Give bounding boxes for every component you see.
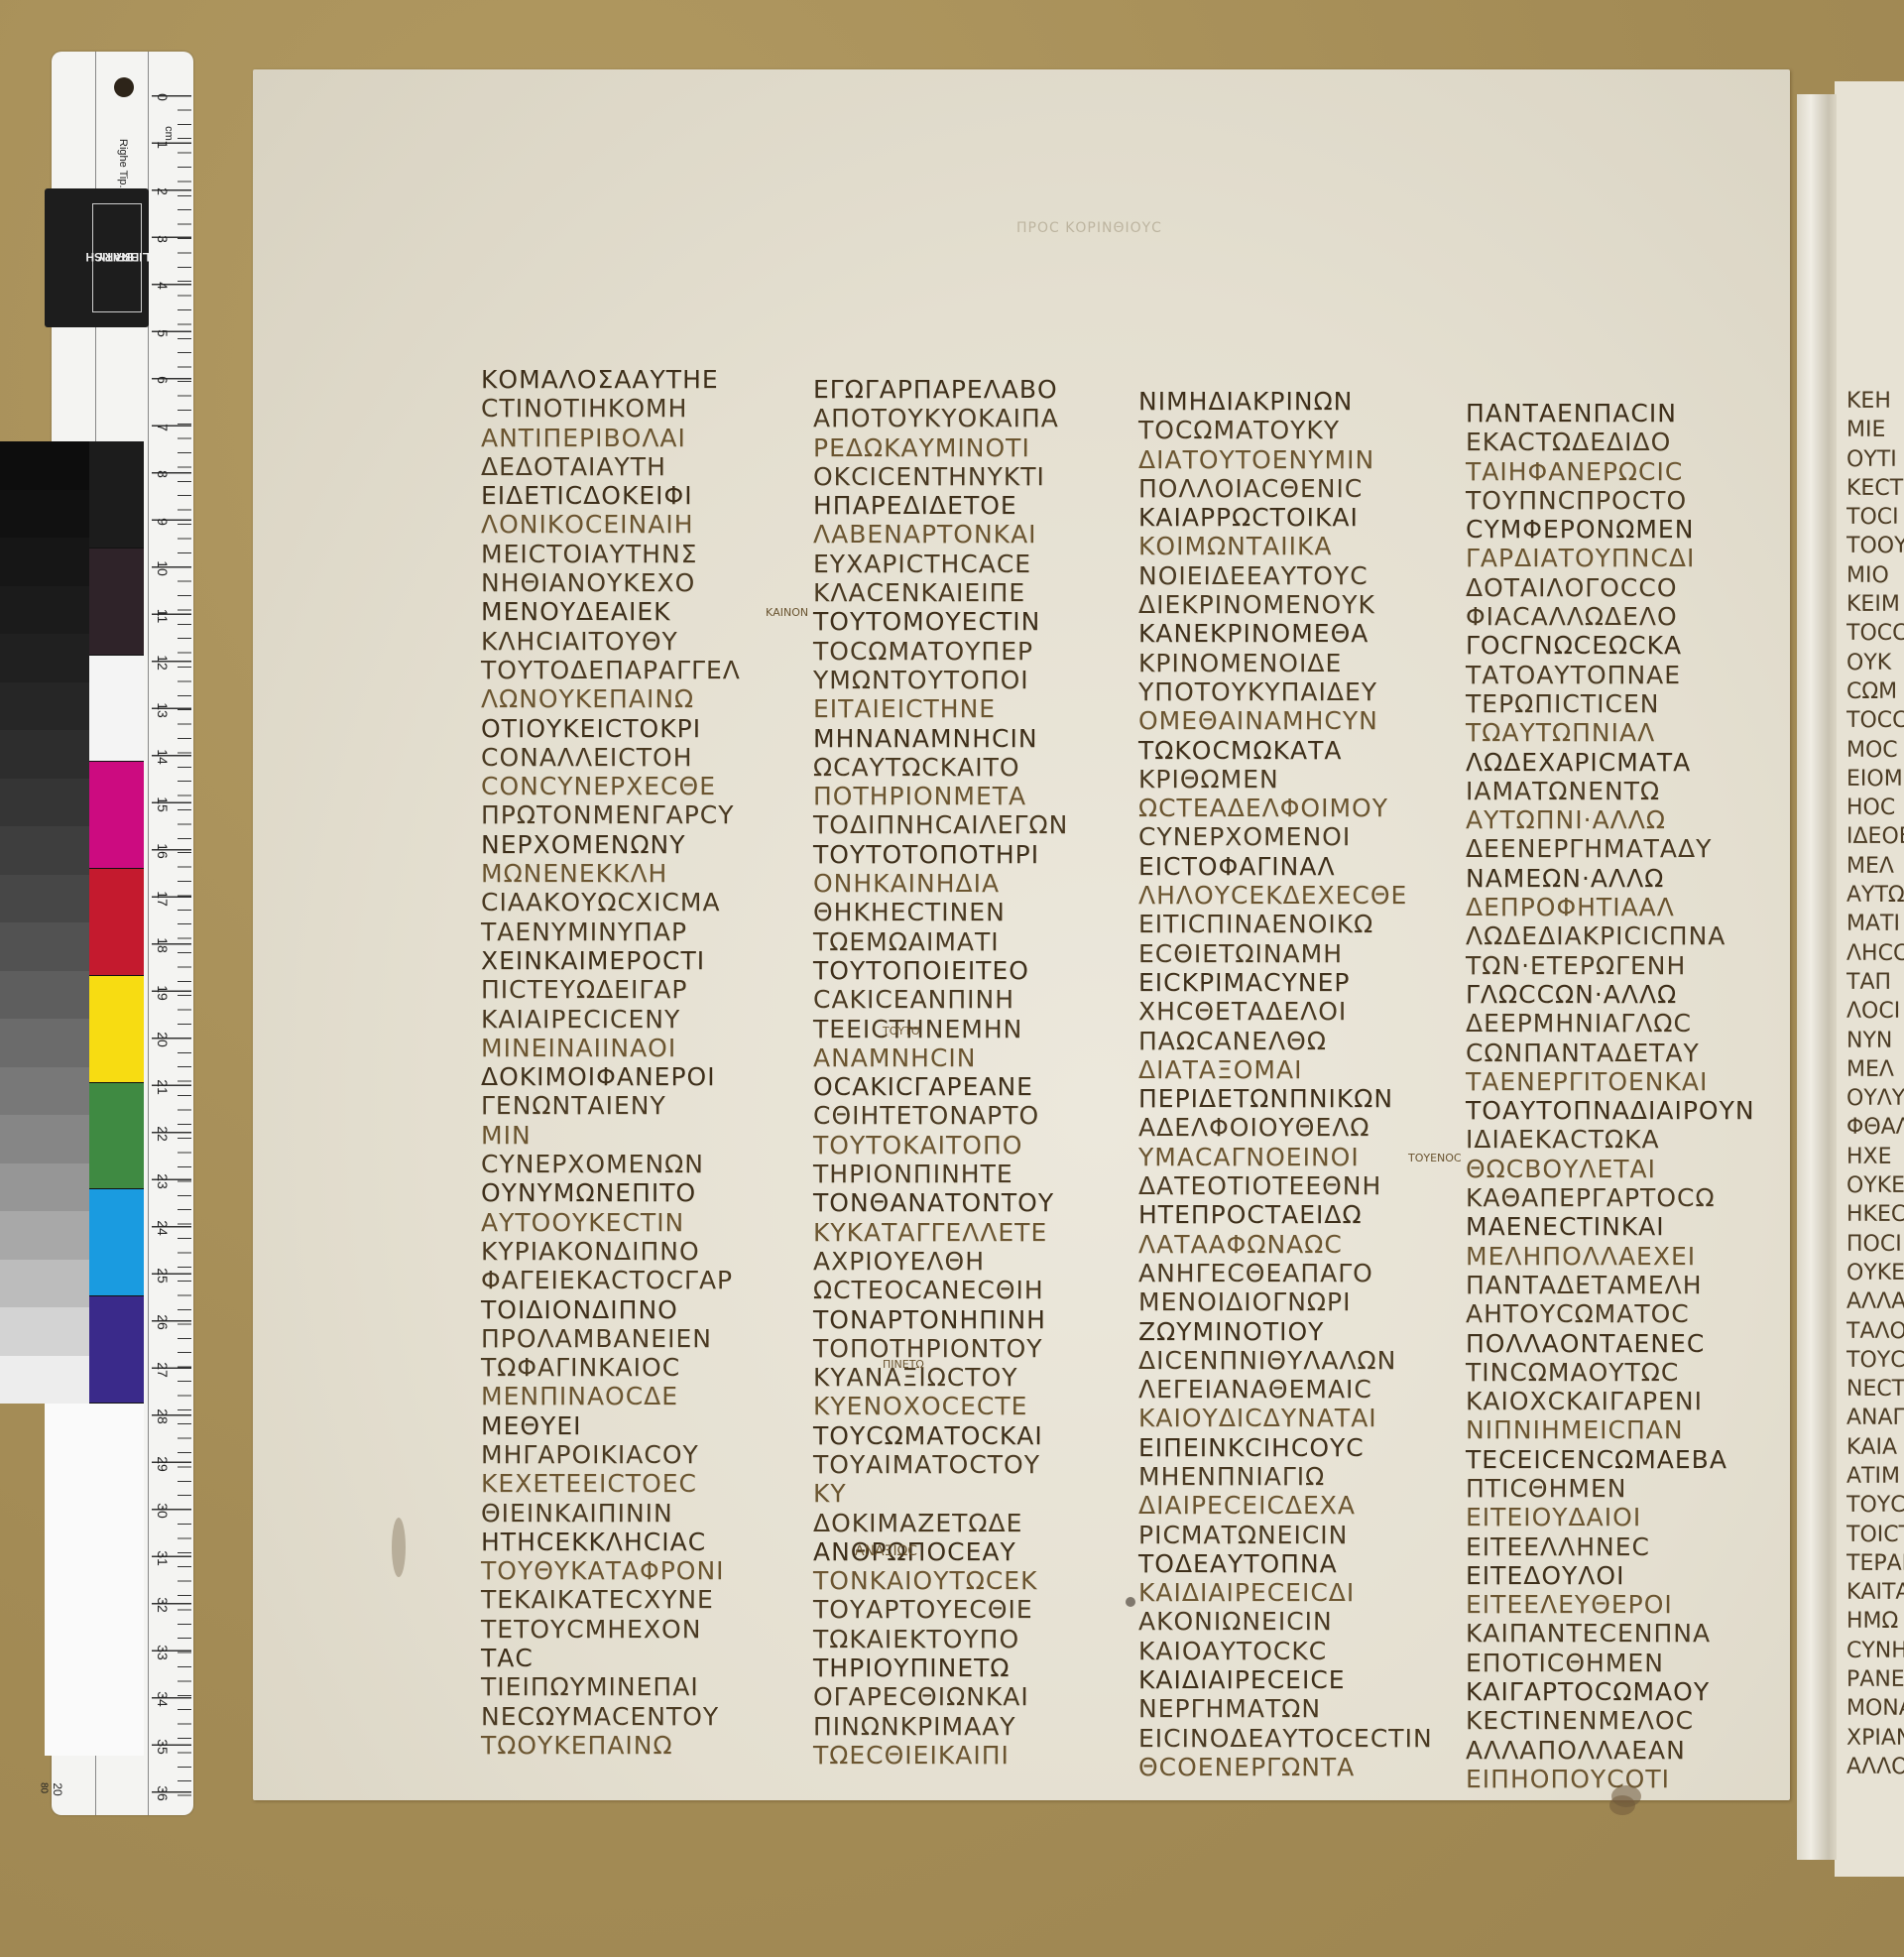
manuscript-line: ΚΑΝΕΚΡΙΝΟΜΕΘΑ <box>1138 619 1433 648</box>
manuscript-line: ΕΙΤΙCΠΙΝΑΕΝΟΙΚΩ <box>1138 910 1433 938</box>
manuscript-line: ΑΠΟΤΟΥΚΥΟΚΑΙΠΑ <box>813 404 1068 432</box>
color-patch <box>89 549 144 656</box>
manuscript-line: ΚΟΙΜΩΝΤΑΙΙΚΑ <box>1138 532 1433 560</box>
manuscript-line: ΑΝΤΙΠΕΡΙΒΟΛΑΙ <box>481 424 741 452</box>
manuscript-line: ΚΑΙΟΧCΚΑΙΓΑΡΕΝΙ <box>1466 1387 1755 1415</box>
grey-step <box>0 1067 89 1116</box>
manuscript-line: ΤΩΟΥΚΕΠΑΙΝΩ <box>481 1731 741 1760</box>
manuscript-line: ΟΚCΙCΕΝΤΗΝΥΚΤΙ <box>813 462 1068 491</box>
margin-note-col2-bottom: ΑΝΑΞΙΩC <box>855 1545 917 1557</box>
manuscript-line: ΤΩΝ·ΕΤΕΡΩΓΕΝΗ <box>1466 951 1755 980</box>
manuscript-line: ΚΑΙΑΙΡΕCΙCΕΝΥ <box>481 1005 741 1034</box>
manuscript-line: ΕΥΧΑΡΙCΤΗCΑCΕ <box>813 550 1068 578</box>
manuscript-line: ΘΗΚΗΕCΤΙΝΕΝ <box>813 898 1068 926</box>
manuscript-line: ΔΟΚΙΜΑΖΕΤΩΔΕ <box>813 1509 1068 1537</box>
manuscript-line: ΑΧΡΙΟΥΕΛΘΗ <box>813 1247 1068 1276</box>
facing-page-line: ΜΟΝΑ <box>1846 1694 1904 1723</box>
manuscript-line: ΑΚΟΝΙΩΝΕΙCΙΝ <box>1138 1607 1433 1636</box>
manuscript-line: ΤΩΚΟCΜΩΚΑΤΑ <box>1138 736 1433 765</box>
ruler-cm-label: 24 <box>155 1218 171 1238</box>
manuscript-line: ΘΙΕΙΝΚΑΙΠΙΝΙΝ <box>481 1499 741 1528</box>
manuscript-line: ΕΙCΙΝΟΔΕΑΥΤΟCΕCΤΙΝ <box>1138 1724 1433 1753</box>
manuscript-line: ΕΙΤΕΔΟΥΛΟΙ <box>1466 1561 1755 1590</box>
manuscript-line: CΤΙΝΟΤΙΗΚΟΜΗ <box>481 394 741 423</box>
facing-page-line: ΚΑΙΤΑ <box>1846 1578 1904 1607</box>
color-patch <box>89 1083 144 1190</box>
ruler-cm-label: 1 <box>155 135 171 155</box>
facing-page-line: ΝΥΝ <box>1846 1027 1904 1055</box>
ruler-cm-label: 20 <box>155 1030 171 1049</box>
facing-page-line: ΧΡΙΑΝ <box>1846 1724 1904 1753</box>
manuscript-line: ΚΡΙΝΟΜΕΝΟΙΔΕ <box>1138 649 1433 677</box>
facing-page-line: ΑΛΛΑΠ <box>1846 1287 1904 1316</box>
grey-step <box>0 826 89 875</box>
manuscript-line: ΠΙCΤΕΥΩΔΕΙΓΑΡ <box>481 975 741 1004</box>
manuscript-line: ΝΙΜΗΔΙΑΚΡΙΝΩΝ <box>1138 387 1433 416</box>
manuscript-line: ΤΩΚΑΙΕΚΤΟΥΠΟ <box>813 1625 1068 1653</box>
manuscript-line: ΤΟΔΕΑΥΤΟΠΝΑ <box>1138 1549 1433 1578</box>
ruler-cm-label: 17 <box>155 889 171 909</box>
manuscript-line: CΥΝΕΡΧΟΜΕΝΟΙ <box>1138 822 1433 851</box>
manuscript-line: ΛΟΝΙΚΟCΕΙΝΑΙΗ <box>481 510 741 539</box>
manuscript-line: ΤΟΥΤΟΜΟΥΕCΤΙΝ <box>813 607 1068 636</box>
manuscript-line: ΠΤΙCΘΗΜΕΝ <box>1466 1474 1755 1503</box>
manuscript-line: ΠΟΤΗΡΙΟΝΜΕΤΑ <box>813 782 1068 810</box>
manuscript-line: ΚΥΑΝΑΞΙΩCΤΟΥ <box>813 1363 1068 1392</box>
manuscript-line: ΝΕΡΧΟΜΕΝΩΝΥ <box>481 830 741 859</box>
manuscript-line: ΤΟΥΠΝCΠΡΟCΤΟ <box>1466 486 1755 515</box>
grey-step <box>0 1019 89 1067</box>
manuscript-line: ΚΑΙΟΥΔΙCΔΥΝΑΤΑΙ <box>1138 1404 1433 1432</box>
color-patch <box>89 762 144 869</box>
ruler-cm-label: 4 <box>155 276 171 296</box>
manuscript-line: ΕCΘΙΕΤΩΙΝΑΜΗ <box>1138 939 1433 968</box>
manuscript-line: ΤΟΥΤΟΔΕΠΑΡΑΓΓΕΛ <box>481 656 741 684</box>
ruler-bottom-mark: 20 <box>51 1779 64 1799</box>
facing-page-line: CΩΜ <box>1846 677 1904 706</box>
ruler-cm-label: 15 <box>155 795 171 814</box>
manuscript-line: CΟΝCΥΝΕΡΧΕCΘΕ <box>481 772 741 800</box>
grey-step <box>0 441 89 490</box>
manuscript-line: ΕΙΤΕΙΟΥΔΑΙΟΙ <box>1466 1503 1755 1531</box>
manuscript-line: ΤΑC <box>481 1644 741 1672</box>
manuscript-line: ΠΙΝΩΝΚΡΙΜΑΑΥ <box>813 1712 1068 1741</box>
manuscript-line: ΤΗΡΙΟΥΠΙΝΕΤΩ <box>813 1653 1068 1682</box>
facing-page-line: ΦΘΑΛ <box>1846 1113 1904 1142</box>
color-patch <box>89 869 144 976</box>
color-patch <box>89 1189 144 1296</box>
manuscript-line: ΤΩΕCΘΙΕΙΚΑΙΠΙ <box>813 1741 1068 1770</box>
manuscript-line: ΠΟΛΛΟΙΑCΘΕΝΙC <box>1138 474 1433 503</box>
facing-page-line: ΕΙΟΜ <box>1846 765 1904 794</box>
facing-page-line: ΗΚΕC <box>1846 1200 1904 1229</box>
facing-page-line: ΤΟCC <box>1846 706 1904 735</box>
manuscript-line: ΚΑΙΑΡΡΩCΤΟΙΚΑΙ <box>1138 503 1433 532</box>
facing-page-line: ΟΥΚΕ <box>1846 1171 1904 1200</box>
ruler-cm-label: 2 <box>155 182 171 201</box>
grey-step <box>0 1163 89 1212</box>
manuscript-line: ΤΟΝΘΑΝΑΤΟΝΤΟΥ <box>813 1188 1068 1217</box>
manuscript-line: ΚΕCΤΙΝΕΝΜΕΛΟC <box>1466 1706 1755 1735</box>
ruler-cm-label: 30 <box>155 1501 171 1521</box>
manuscript-line: ΟΥΝΥΜΩΝΕΠΙΤΟ <box>481 1178 741 1207</box>
facing-page-line: ΜΕΛ <box>1846 852 1904 881</box>
facing-page-line: CΥΝΗ <box>1846 1637 1904 1665</box>
facing-page-line: ΜΑΤΙ <box>1846 910 1904 938</box>
facing-page-line: ΟΥΤΙ <box>1846 445 1904 474</box>
grey-step <box>0 490 89 539</box>
margin-note-col3: ΤΟΥΕΝΟC <box>1408 1153 1462 1164</box>
ink-stain <box>392 1518 406 1577</box>
manuscript-line: ΟCΑΚΙCΓΑΡΕΑΝΕ <box>813 1072 1068 1101</box>
manuscript-line: ΤΟΥΤΟΠΟΙΕΙΤΕΟ <box>813 956 1068 985</box>
manuscript-line: ΗΤΕΠΡΟCΤΑΕΙΔΩ <box>1138 1200 1433 1229</box>
manuscript-line: ΓΕΝΩΝΤΑΙΕΝΥ <box>481 1091 741 1120</box>
manuscript-line: ΚΛΗCΙΑΙΤΟΥΘΥ <box>481 627 741 656</box>
manuscript-line: ΜΙΝ <box>481 1121 741 1150</box>
manuscript-line: ΚΑΙΓΑΡΤΟCΩΜΑΟΥ <box>1466 1677 1755 1706</box>
manuscript-line: ΙΑΜΑΤΩΝΕΝΤΩ <box>1466 777 1755 805</box>
ruler-cm-label: 18 <box>155 935 171 955</box>
ruler-cm-label: 12 <box>155 653 171 673</box>
ruler-cm-label: 28 <box>155 1407 171 1426</box>
manuscript-line: ΕΙΠΗΟΠΟΥCΟΤΙ <box>1466 1765 1755 1793</box>
facing-page-line: ΑΥΤΩ <box>1846 881 1904 910</box>
ink-speck <box>1126 1597 1135 1607</box>
ruler-cm-label: 3 <box>155 229 171 249</box>
manuscript-line: ΥΜΩΝΤΟΥΤΟΠΟΙ <box>813 666 1068 694</box>
manuscript-line: ΡΕΔΩΚΑΥΜΙΝΟΤΙ <box>813 433 1068 462</box>
ruler-cm-label: 7 <box>155 418 171 437</box>
manuscript-line: ΤΟΥΤΟΤΟΠΟΤΗΡΙ <box>813 840 1068 869</box>
manuscript-line: ΑΝΗΓΕCΘΕΑΠΑΓΟ <box>1138 1259 1433 1287</box>
manuscript-line: ΓΟCΓΝΩCΕΩCΚΑ <box>1466 631 1755 660</box>
manuscript-line: ΑΥΤΩΠΝΙ·ΑΛΛΩ <box>1466 805 1755 834</box>
facing-page-line: ΙΔΕΟΕ <box>1846 822 1904 851</box>
manuscript-line: ΝΑΜΕΩΝ·ΑΛΛΩ <box>1466 864 1755 893</box>
manuscript-line: ΚΑΙΔΙΑΙΡΕCΕΙCΔΙ <box>1138 1578 1433 1607</box>
facing-page-line: ΗΜΩ <box>1846 1607 1904 1636</box>
manuscript-line: ΕΠΟΤΙCΘΗΜΕΝ <box>1466 1649 1755 1677</box>
ruler-cm-label: 25 <box>155 1266 171 1285</box>
facing-page-line: ΑΛΛΟC <box>1846 1753 1904 1781</box>
manuscript-line: CΙΑΑΚΟΥΩCΧΙCΜΑ <box>481 888 741 917</box>
manuscript-line: ΤΕΚΑΙΚΑΤΕCΧΥΝΕ <box>481 1585 741 1614</box>
manuscript-line: ΙΔΙΑΕΚΑCΤΩΚΑ <box>1466 1125 1755 1154</box>
manuscript-line: ΤΑΕΝΕΡΓΙΤΟΕΝΚΑΙ <box>1466 1067 1755 1096</box>
facing-page-line: ΟΥΚΕ <box>1846 1259 1904 1287</box>
manuscript-line: ΚΑΘΑΠΕΡΓΑΡΤΟCΩ <box>1466 1183 1755 1212</box>
color-patch <box>89 1296 144 1404</box>
facing-page-line: ΚΕCΤ <box>1846 474 1904 503</box>
ruler-cm-label: 29 <box>155 1454 171 1474</box>
manuscript-line: ΤΩΑΥΤΩΠΝΙΑΛ <box>1466 718 1755 747</box>
manuscript-line: ΔΟΤΑΙΛΟΓΟCCΟ <box>1466 573 1755 602</box>
manuscript-line: ΠΕΡΙΔΕΤΩΝΠΝΙΚΩΝ <box>1138 1084 1433 1113</box>
manuscript-line: ΥΜΑCΑΓΝΟΕΙΝΟΙ <box>1138 1143 1433 1171</box>
ruler-cm-label: 6 <box>155 370 171 390</box>
manuscript-line: ΚΥΡΙΑΚΟΝΔΙΠΝΟ <box>481 1237 741 1266</box>
interlinear-correction: ΠΙΝΕΤΩ <box>883 1359 924 1371</box>
color-patch <box>89 656 144 763</box>
grey-step <box>0 875 89 923</box>
manuscript-line: CΟΝΑΛΛΕΙCΤΟΗ <box>481 743 741 772</box>
manuscript-line: ΑΥΤΟΟΥΚΕCΤΙΝ <box>481 1208 741 1237</box>
manuscript-line: ΩCΤΕΑΔΕΛΦΟΙΜΟΥ <box>1138 794 1433 822</box>
running-title: ΠΡΟC ΚΟΡΙΝΘΙΟΥC <box>1016 220 1162 236</box>
manuscript-line: ΘCΟΕΝΕΡΓΩΝΤΑ <box>1138 1753 1433 1781</box>
facing-page-line: ΝΕCΤ <box>1846 1375 1904 1404</box>
manuscript-line: ΚΑΙΟΑΥΤΟCΚC <box>1138 1637 1433 1665</box>
manuscript-line: ΛΩΝΟΥΚΕΠΑΙΝΩ <box>481 684 741 713</box>
manuscript-line: ΚΥΚΑΤΑΓΓΕΛΛΕΤΕ <box>813 1218 1068 1247</box>
grey-step <box>0 971 89 1020</box>
facing-page-line: ΗΧΕ <box>1846 1143 1904 1171</box>
manuscript-line: ΝΗΘΙΑΝΟΥΚΕΧΟ <box>481 568 741 597</box>
manuscript-line: ΛΑΒΕΝΑΡΤΟΝΚΑΙ <box>813 520 1068 549</box>
manuscript-line: ΘΩCΒΟΥΛΕΤΑΙ <box>1466 1155 1755 1183</box>
manuscript-line: ΛΩΔΕΧΑΡΙCΜΑΤΑ <box>1466 748 1755 777</box>
facing-page-line: ΟΥΛΥΝ <box>1846 1084 1904 1113</box>
manuscript-line: ΤΑΙΗΦΑΝΕΡΩCΙC <box>1466 457 1755 486</box>
manuscript-line: CΥΝΕΡΧΟΜΕΝΩΝ <box>481 1150 741 1178</box>
manuscript-line: ΕΙΤΑΙΕΙCΤΗΝΕ <box>813 694 1068 723</box>
manuscript-line: ΜΗΕΝΠΝΙΑΓΙΩ <box>1138 1462 1433 1491</box>
manuscript-line: ΔΕΔΟΤΑΙΑΥΤΗ <box>481 452 741 481</box>
ruler-hole <box>114 77 134 97</box>
color-patch <box>89 441 144 549</box>
facing-page-line: ΤΟΙCΤΙ <box>1846 1521 1904 1549</box>
manuscript-line: ΟΤΙΟΥΚΕΙCΤΟΚΡΙ <box>481 714 741 743</box>
manuscript-line: ΔΙΑΤΟΥΤΟΕΝΥΜΙΝ <box>1138 445 1433 474</box>
ruler-cm-label: 34 <box>155 1689 171 1709</box>
manuscript-line: ΦΙΑCΑΛΛΩΔΕΛΟ <box>1466 602 1755 631</box>
manuscript-line: ΜΕΘΥΕΙ <box>481 1411 741 1440</box>
manuscript-line: CΩΝΠΑΝΤΑΔΕΤΑΥ <box>1466 1039 1755 1067</box>
manuscript-line: ΠΟΛΛΑΟΝΤΑΕΝΕC <box>1466 1329 1755 1358</box>
manuscript-line: ΗΤΗCΕΚΚΛΗCΙΑC <box>481 1528 741 1556</box>
manuscript-line: ΚΥ <box>813 1479 1068 1508</box>
manuscript-line: ΠΡΩΤΟΝΜΕΝΓΑΡCΥ <box>481 800 741 829</box>
manuscript-line: ΔΑΤΕΟΤΙΟΤΕΕΘΝΗ <box>1138 1171 1433 1200</box>
facing-page-line: ΤΟΟΥ <box>1846 532 1904 560</box>
grey-step <box>0 634 89 682</box>
manuscript-line: ΕΙΤΕΕΛΕΥΘΕΡΟΙ <box>1466 1590 1755 1619</box>
manuscript-line: ΚΑΙΔΙΑΙΡΕCΕΙCΕ <box>1138 1665 1433 1694</box>
manuscript-line: ΕΙCΚΡΙΜΑCΥΝΕΡ <box>1138 968 1433 997</box>
color-patches <box>89 441 144 1404</box>
manuscript-line: ΟΝΗΚΑΙΝΗΔΙΑ <box>813 869 1068 898</box>
manuscript-line: ΝΕΡΓΗΜΑΤΩΝ <box>1138 1694 1433 1723</box>
grey-step <box>0 1115 89 1163</box>
manuscript-line: ΤΩΕΜΩΑΙΜΑΤΙ <box>813 927 1068 956</box>
manuscript-line: ΤΟΝΑΡΤΟΝΗΠΙΝΗ <box>813 1305 1068 1334</box>
facing-page-line: ΜΟC <box>1846 736 1904 765</box>
facing-page-line: ΚΕΙΜ <box>1846 590 1904 619</box>
manuscript-line: ΟΓΑΡΕCΘΙΩΝΚΑΙ <box>813 1682 1068 1711</box>
grey-step <box>0 682 89 731</box>
ruler-cm-label: 11 <box>155 606 171 626</box>
grey-step <box>0 1260 89 1308</box>
binding-spine <box>1797 94 1837 1860</box>
facing-page-line: ΜΕΛ <box>1846 1055 1904 1084</box>
manuscript-line: ΑΝΘΡΩΠΟCΕΑΥ <box>813 1537 1068 1566</box>
manuscript-line: ΖΩΥΜΙΝΟΤΙΟΥ <box>1138 1317 1433 1346</box>
manuscript-line: ΠΑΩCΑΝΕΛΘΩ <box>1138 1027 1433 1055</box>
ruler-cm-label: 0 <box>155 87 171 107</box>
card-backing <box>45 1404 144 1756</box>
manuscript-line: ΜΙΝΕΙΝΑΙΙΝΑΟΙ <box>481 1034 741 1062</box>
facing-page-line: ΚΕΗ <box>1846 387 1904 416</box>
british-library-badge: LIBRARYBRITISH <box>45 188 149 327</box>
manuscript-line: ΓΑΡΔΙΑΤΟΥΠΝCΔΙ <box>1466 544 1755 572</box>
facing-page-line: ΚΑΙΑ <box>1846 1433 1904 1462</box>
manuscript-line: ΜΕΙCΤΟΙΑΥΤΗΝΣ <box>481 540 741 568</box>
manuscript-line: ΕΚΑCΤΩΔΕΔΙΔΟ <box>1466 428 1755 456</box>
grey-step <box>0 538 89 586</box>
grey-step <box>0 1211 89 1260</box>
manuscript-line: ΤΟCΩΜΑΤΟΥΚΥ <box>1138 416 1433 444</box>
facing-page-line: ΜΙΟ <box>1846 561 1904 590</box>
ruler-cm-label: 31 <box>155 1548 171 1568</box>
interlinear-correction: ΤΟΥΤΟ <box>883 1026 919 1038</box>
manuscript-line: ΛΩΔΕΔΙΑΚΡΙCΙCΠΝΑ <box>1466 921 1755 950</box>
manuscript-line: ΤΙΝCΩΜΑΟΥΤΩC <box>1466 1358 1755 1387</box>
ruler-cm-label: 10 <box>155 558 171 578</box>
manuscript-line: ΑΗΤΟΥCΩΜΑΤΟC <box>1466 1299 1755 1328</box>
ruler-bottom-mark: 80 <box>39 1778 50 1798</box>
manuscript-line: ΧΗCΘΕΤΑΔΕΛΟΙ <box>1138 997 1433 1026</box>
manuscript-line: ΤΑΕΝΥΜΙΝΥΠΑΡ <box>481 917 741 946</box>
ruler-cm-label: 33 <box>155 1643 171 1662</box>
ruler-cm-label: 5 <box>155 323 171 343</box>
manuscript-line: ΩCΑΥΤΩCΚΑΙΤΟ <box>813 753 1068 782</box>
manuscript-line: ΕΙΠΕΙΝΚCΙΗCΟΥC <box>1138 1433 1433 1462</box>
manuscript-line: ΜΕΝΟΥΔΕΑΙΕΚ <box>481 597 741 626</box>
facing-page-line: ΜΙΕ <box>1846 416 1904 444</box>
color-patch <box>89 976 144 1083</box>
grey-step <box>0 922 89 971</box>
manuscript-line: ΤΕΡΩΠΙCΤΙCΕΝ <box>1466 689 1755 718</box>
manuscript-line: ΜΕΝΟΙΔΙΟΓΝΩΡΙ <box>1138 1287 1433 1316</box>
manuscript-line: ΤΟΥCΩΜΑΤΟCΚΑΙ <box>813 1421 1068 1450</box>
manuscript-line: ΝΕCΩΥΜΑCΕΝΤΟΥ <box>481 1702 741 1731</box>
grey-step <box>0 779 89 827</box>
manuscript-line: ΔΕΠΡΟΦΗΤΙΑΑΛ <box>1466 893 1755 921</box>
facing-page-text: ΚΕΗΜΙΕΟΥΤΙΚΕCΤΤΟCΙΤΟΟΥΜΙΟΚΕΙΜΤΟCCΟΥΚCΩΜΤ… <box>1846 387 1904 1781</box>
facing-page-line: ΑΤΙΜ <box>1846 1462 1904 1491</box>
manuscript-line: ΑΛΛΑΠΟΛΛΑΕΑΝ <box>1466 1736 1755 1765</box>
facing-page-line: ΛΟCΙ <box>1846 997 1904 1026</box>
ruler-cm-label: 19 <box>155 983 171 1003</box>
facing-page-line: ΠΟCΙ <box>1846 1230 1904 1259</box>
manuscript-line: ΚΛΑCΕΝΚΑΙΕΙΠΕ <box>813 578 1068 607</box>
manuscript-line: ΛΕΓΕΙΑΝΑΘΕΜΑΙC <box>1138 1375 1433 1404</box>
manuscript-line: ΕΓΩΓΑΡΠΑΡΕΛΑΒΟ <box>813 375 1068 404</box>
facing-page-line: ΤΟΥCC <box>1846 1346 1904 1375</box>
ruler-cm-label: 8 <box>155 464 171 484</box>
facing-page-line: ΟΥΚ <box>1846 649 1904 677</box>
facing-page-line: ΤΟCC <box>1846 619 1904 648</box>
text-column-4: ΠΑΝΤΑΕΝΠΑCΙΝΕΚΑCΤΩΔΕΔΙΔΟΤΑΙΗΦΑΝΕΡΩCΙCΤΟΥ… <box>1466 399 1755 1793</box>
manuscript-line: CΑΚΙCΕΑΝΠΙΝΗ <box>813 985 1068 1014</box>
margin-note-col1: ΚΑΙΝΟΝ <box>766 607 808 619</box>
text-column-3: ΝΙΜΗΔΙΑΚΡΙΝΩΝΤΟCΩΜΑΤΟΥΚΥΔΙΑΤΟΥΤΟΕΝΥΜΙΝΠΟ… <box>1138 387 1433 1781</box>
manuscript-line: ΤΟΔΙΠΝΗCΑΙΛΕΓΩΝ <box>813 810 1068 839</box>
manuscript-line: ΛΑΤΑΑΦΩΝΑΩC <box>1138 1230 1433 1259</box>
manuscript-line: ΔΙΕΚΡΙΝΟΜΕΝΟΥΚ <box>1138 590 1433 619</box>
manuscript-line: ΤΟΙΔΙΟΝΔΙΠΝΟ <box>481 1295 741 1324</box>
ruler-cm-label: 9 <box>155 512 171 532</box>
manuscript-line: ΦΑΓΕΙΕΚΑCΤΟCΓΑΡ <box>481 1266 741 1294</box>
ruler-cm-label: 35 <box>155 1737 171 1757</box>
manuscript-line: ΤΟΥΤΟΚΑΙΤΟΠΟ <box>813 1131 1068 1160</box>
manuscript-line: ΟΜΕΘΑΙΝΑΜΗCΥΝ <box>1138 706 1433 735</box>
manuscript-line: ΤΟΠΟΤΗΡΙΟΝΤΟΥ <box>813 1334 1068 1363</box>
ruler-cm-label: 23 <box>155 1171 171 1191</box>
manuscript-line: ΔΟΚΙΜΟΙΦΑΝΕΡΟΙ <box>481 1062 741 1091</box>
manuscript-line: ΤΕΕΙCΤΗΝΕΜΗΝ <box>813 1015 1068 1043</box>
facing-page-line: ΤΑΛΟ <box>1846 1317 1904 1346</box>
manuscript-line: ΚΥΕΝΟΧΟCΕCΤΕ <box>813 1392 1068 1420</box>
manuscript-line: ΤΟΥΑΡΤΟΥΕCΘΙΕ <box>813 1595 1068 1624</box>
manuscript-line: ΕΙΔΕΤΙCΔΟΚΕΙΦΙ <box>481 481 741 510</box>
ruler-cm-label: 21 <box>155 1077 171 1097</box>
ruler-cm-label: 27 <box>155 1360 171 1380</box>
manuscript-line: ΛΗΛΟΥCΕΚΔΕΧΕCΘΕ <box>1138 881 1433 910</box>
manuscript-line: ΜΩΝΕΝΕΚΚΛΗ <box>481 859 741 888</box>
manuscript-line: ΤΟΥΑΙΜΑΤΟCΤΟΥ <box>813 1450 1068 1479</box>
grey-step <box>0 1356 89 1405</box>
manuscript-line: ΤΑΤΟΑΥΤΟΠΝΑΕ <box>1466 661 1755 689</box>
manuscript-line: ΡΙCΜΑΤΩΝΕΙCΙΝ <box>1138 1521 1433 1549</box>
ruler-cm-label: 26 <box>155 1312 171 1332</box>
manuscript-line: ΚΕΧΕΤΕΕΙCΤΟΕC <box>481 1469 741 1498</box>
facing-page-line: ΗΟC <box>1846 794 1904 822</box>
grey-step <box>0 1307 89 1356</box>
manuscript-line: ΝΙΠΝΙΗΜΕΙCΠΑΝ <box>1466 1415 1755 1444</box>
manuscript-line: ΔΙΑΙΡΕCΕΙCΔΕΧΑ <box>1138 1491 1433 1520</box>
manuscript-line: ΤΗΡΙΟΝΠΙΝΗΤΕ <box>813 1160 1068 1188</box>
manuscript-line: ΤΟΑΥΤΟΠΝΑΔΙΑΙΡΟΥΝ <box>1466 1096 1755 1125</box>
text-column-1: ΚΟΜΑΛΟΣΑΑΥΤΗΕCΤΙΝΟΤΙΗΚΟΜΗΑΝΤΙΠΕΡΙΒΟΛΑΙΔΕ… <box>481 365 741 1760</box>
manuscript-line: ΤΕCΕΙCΕΝCΩΜΑΕΒΑ <box>1466 1445 1755 1474</box>
grey-step <box>0 730 89 779</box>
ruler-cm-label: 36 <box>155 1783 171 1803</box>
manuscript-line: ΚΑΙΠΑΝΤΕCΕΝΠΝΑ <box>1466 1619 1755 1648</box>
badge-line-2: BRITISH <box>83 250 136 264</box>
text-column-2: ΕΓΩΓΑΡΠΑΡΕΛΑΒΟΑΠΟΤΟΥΚΥΟΚΑΙΠΑΡΕΔΩΚΑΥΜΙΝΟΤ… <box>813 375 1068 1770</box>
facing-page-line: ΑΝΑΓ <box>1846 1404 1904 1432</box>
manuscript-line: ΜΕΝΠΙΝΑΟCΔΕ <box>481 1382 741 1410</box>
manuscript-line: ΠΑΝΤΑΕΝΠΑCΙΝ <box>1466 399 1755 428</box>
manuscript-line: ΜΑΕΝΕCΤΙΝΚΑΙ <box>1466 1212 1755 1241</box>
greyscale-strip <box>0 441 89 1404</box>
manuscript-line: ΤΟΥΘΥΚΑΤΑΦΡΟΝΙ <box>481 1556 741 1585</box>
manuscript-line: ΠΑΝΤΑΔΕΤΑΜΕΛΗ <box>1466 1271 1755 1299</box>
manuscript-line: ΔΙΑΤΑΞΟΜΑΙ <box>1138 1055 1433 1084</box>
facing-page-line: ΛΗCC <box>1846 939 1904 968</box>
manuscript-line: CΥΜΦΕΡΟΝΩΜΕΝ <box>1466 515 1755 544</box>
manuscript-line: ΧΕΙΝΚΑΙΜΕΡΟCΤΙ <box>481 946 741 975</box>
manuscript-line: ΤΕΤΟΥCΜΗΕΧΟΝ <box>481 1615 741 1644</box>
manuscript-line: ΚΟΜΑΛΟΣΑΑΥΤΗΕ <box>481 365 741 394</box>
ink-stain <box>1609 1795 1635 1815</box>
facing-page-line: ΡΑΝΕΧ <box>1846 1665 1904 1694</box>
manuscript-line: ΝΟΙΕΙΔΕΕΑΥΤΟΥC <box>1138 561 1433 590</box>
facing-page-line: ΤΟCΙ <box>1846 503 1904 532</box>
grey-step <box>0 586 89 635</box>
